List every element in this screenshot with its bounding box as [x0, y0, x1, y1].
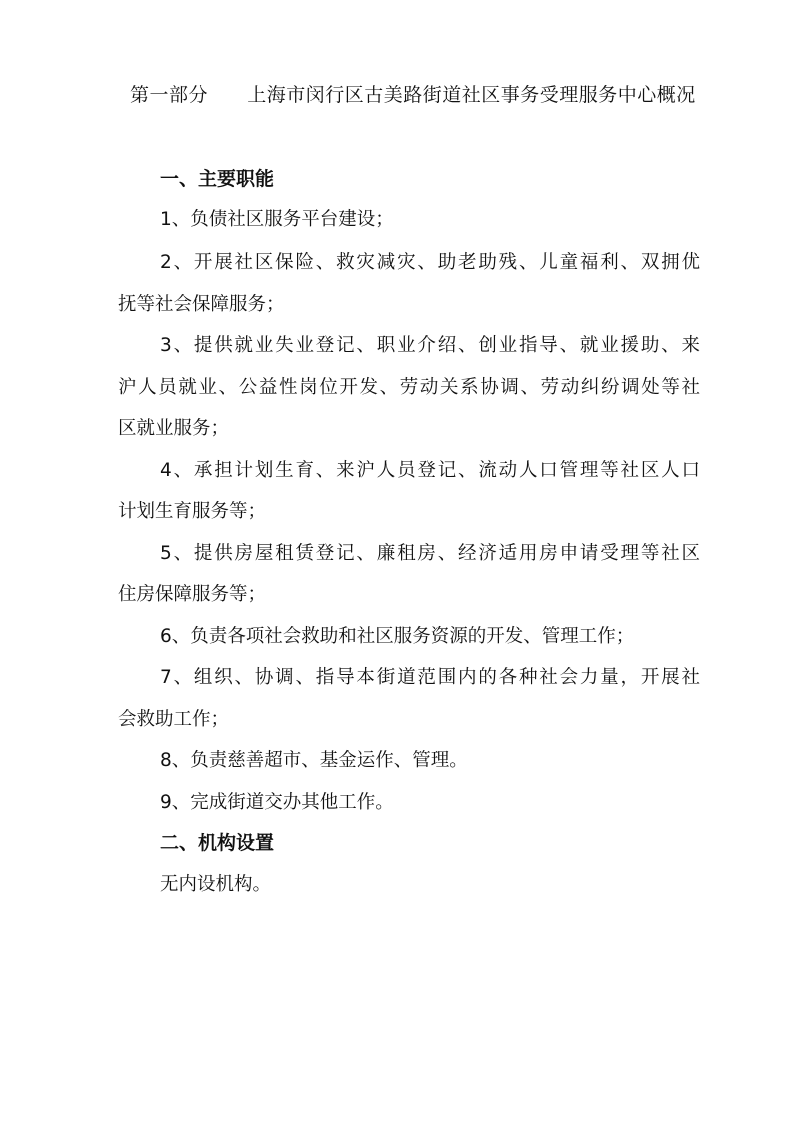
org-structure-body: 无内设机构。: [160, 872, 271, 898]
list-item-3-line-3: 区就业服务；: [118, 416, 229, 442]
list-item-5-line-2: 住房保障服务等；: [118, 582, 266, 608]
list-item-6: 6、负责各项社会救助和社区服务资源的开发、管理工作；: [160, 624, 634, 650]
list-item-9: 9、完成街道交办其他工作。: [160, 790, 394, 816]
list-item-1: 1、负债社区服务平台建设；: [160, 207, 394, 233]
list-item-4-line-2: 计划生育服务等；: [118, 499, 266, 525]
list-item-3-line-2: 沪人员就业、公益性岗位开发、劳动关系协调、劳动纠纷调处等社: [118, 375, 700, 401]
section-heading-org-structure: 二、机构设置: [160, 830, 274, 856]
list-item-5-line-1: 5、提供房屋租赁登记、廉租房、经济适用房申请受理等社区: [160, 541, 700, 567]
list-item-7-line-2: 会救助工作；: [118, 707, 229, 733]
list-item-7-line-1: 7、组织、协调、指导本街道范围内的各种社会力量，开展社: [160, 665, 700, 691]
section-heading-main-functions: 一、主要职能: [160, 166, 274, 192]
list-item-3-line-1: 3、提供就业失业登记、职业介绍、创业指导、就业援助、来: [160, 333, 700, 359]
list-item-8: 8、负责慈善超市、基金运作、管理。: [160, 748, 468, 774]
page-title: 第一部分 上海市闵行区古美路街道社区事务受理服务中心概况: [130, 80, 696, 107]
list-item-2-line-1: 2、开展社区保险、救灾减灾、助老助残、儿童福利、双拥优: [160, 250, 700, 276]
list-item-2-line-2: 抚等社会保障服务；: [118, 292, 285, 318]
list-item-4-line-1: 4、承担计划生育、来沪人员登记、流动人口管理等社区人口: [160, 458, 700, 484]
